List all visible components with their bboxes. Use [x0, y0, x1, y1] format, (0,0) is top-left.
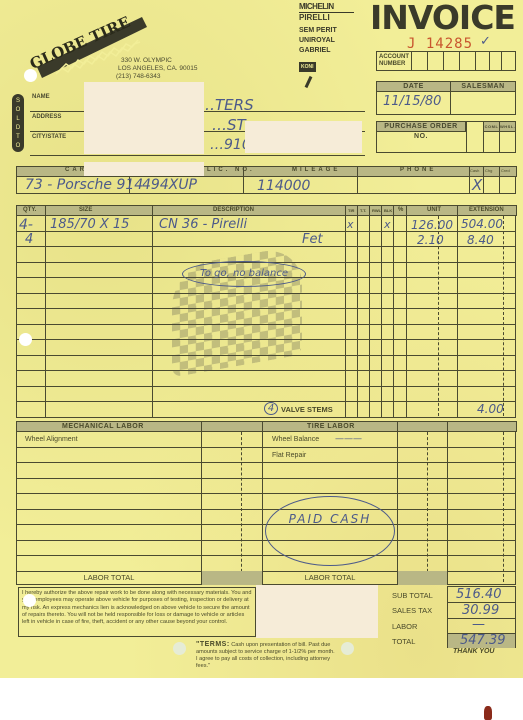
totals-box: 516.40 30.99 — 547.39: [447, 586, 516, 648]
wheel-balance-item: Wheel Balance: [272, 436, 319, 443]
row1-tir[interactable]: x: [347, 218, 354, 231]
rwl-header: RWL: [372, 208, 381, 213]
row2-unit[interactable]: 2.10: [417, 233, 444, 247]
unit-header: UNIT: [427, 207, 441, 213]
sales-tax-label: SALES TAX: [392, 606, 432, 615]
tire-labor-total-box[interactable]: [398, 571, 447, 585]
address-value[interactable]: …ST: [212, 116, 246, 134]
punch-hole: [23, 594, 36, 607]
sold-to-label: SOLD TO: [15, 97, 21, 151]
address-line-2: LOS ANGELES, CA. 90015: [118, 65, 198, 73]
subtotal-value[interactable]: 516.40: [456, 587, 502, 602]
cash-check-mark[interactable]: X: [472, 176, 482, 194]
redacted-block: [245, 121, 362, 153]
terms-title: "TERMS:: [196, 641, 230, 648]
row2-description[interactable]: Fet: [302, 232, 323, 247]
tire-labor-total-label: LABOR TOTAL: [263, 571, 397, 585]
items-table: QTY. SIZE DESCRIPTION TIR T.T. RWL BLK %…: [16, 205, 516, 418]
name-label: NAME: [32, 94, 50, 100]
mileage-value[interactable]: 114000: [257, 178, 310, 194]
date-value[interactable]: 11/15/80: [383, 94, 441, 109]
row1-qty[interactable]: 4-: [19, 217, 33, 233]
mechanical-labor-total-box[interactable]: [202, 571, 262, 585]
po-label: PURCHASE ORDER NO.: [376, 121, 466, 132]
redacted-block: [84, 162, 204, 176]
account-number-box[interactable]: ACCOUNT NUMBER: [376, 51, 516, 71]
authorization-text: I hereby authorize the above repair work…: [18, 587, 256, 637]
account-number-label: ACCOUNT NUMBER: [379, 54, 409, 68]
brand-koni: KONI: [299, 62, 316, 72]
extension-header: EXTENSION: [469, 207, 504, 213]
description-header: DESCRIPTION: [213, 207, 254, 213]
credit-flag-label: Cred: [501, 168, 510, 173]
wheel-balance-dash: ———: [335, 434, 362, 444]
checkmark-icon: ✓: [480, 34, 491, 49]
tir-header: TIR: [348, 208, 354, 213]
invoice-paper: GLOBE TIRE 330 W. OLYMPIC LOS ANGELES, C…: [0, 0, 523, 678]
punch-hole: [341, 642, 354, 655]
valve-stems-label: VALVE STEMS: [281, 405, 333, 414]
wheel-alignment-item: Wheel Alignment: [25, 436, 78, 443]
date-salesman-box: DATE SALESMAN 11/15/80: [376, 81, 516, 115]
row1-extension[interactable]: 504.00: [461, 217, 503, 231]
shock-absorber-icon: [305, 76, 313, 88]
name-value[interactable]: …TERS: [200, 96, 254, 114]
paid-cash-stamp: PAID CASH: [265, 496, 395, 566]
punch-hole: [19, 333, 32, 346]
subtotal-label: SUB TOTAL: [392, 591, 433, 600]
handwritten-note: To go, no balance: [182, 261, 306, 287]
row2-extension[interactable]: 8.40: [467, 233, 494, 247]
labor-value[interactable]: —: [472, 617, 485, 632]
punch-hole: [173, 642, 186, 655]
brand-pirelli: PIRELLI: [299, 12, 354, 23]
redacted-block: [84, 82, 204, 154]
labor-label: LABOR: [392, 622, 417, 631]
total-value[interactable]: 547.39: [460, 633, 506, 648]
ink-mark: [484, 706, 492, 720]
license-label: LIC. NO.: [207, 167, 255, 173]
brand-list: MICHELIN PIRELLI SEM PERIT UNIROYAL GABR…: [299, 2, 354, 72]
coml-label: COML: [483, 121, 500, 132]
cash-flag-label: Cash: [470, 168, 479, 173]
thank-you-text: THANK YOU: [453, 648, 494, 655]
brand-michelin: MICHELIN: [299, 2, 354, 12]
brand-semperit: SEM PERIT: [299, 26, 354, 36]
invoice-title: INVOICE: [370, 0, 515, 37]
valve-stems-amount[interactable]: 4.00: [477, 402, 504, 416]
brand-uniroyal: UNIROYAL: [299, 36, 354, 46]
redacted-block: [256, 585, 378, 638]
punch-hole: [24, 69, 37, 82]
charge-flag-label: Chg: [485, 168, 492, 173]
labor-section: MECHANICAL LABOR TIRE LABOR Wheel Alignm…: [16, 421, 516, 585]
row1-description[interactable]: CN 36 - Pirelli: [159, 217, 247, 232]
tt-header: T.T.: [360, 208, 366, 213]
sold-to-tab: SOLD TO: [12, 94, 24, 152]
mechanical-labor-header: MECHANICAL LABOR: [62, 423, 144, 430]
brand-gabriel: GABRIEL: [299, 46, 354, 56]
tire-labor-header: TIRE LABOR: [307, 423, 355, 430]
mechanical-labor-total-label: LABOR TOTAL: [17, 571, 201, 585]
row1-blk[interactable]: x: [384, 218, 391, 231]
row1-unit[interactable]: 126.00: [411, 218, 453, 232]
city-state-label: CITY/STATE: [32, 134, 66, 140]
phone-label: PHONE: [400, 167, 436, 173]
size-header: SIZE: [79, 207, 92, 213]
terms-block: "TERMS: Cash upon presentation of bill. …: [196, 641, 336, 670]
blk-header: BLK: [384, 208, 392, 213]
date-label: DATE: [376, 81, 451, 92]
invoice-number: J 14285: [407, 36, 473, 52]
flat-repair-item: Flat Repair: [272, 452, 306, 459]
sales-tax-value[interactable]: 30.99: [462, 603, 499, 618]
car-value[interactable]: 73 - Porsche 914: [25, 177, 143, 193]
license-value[interactable]: 494XUP: [142, 177, 197, 193]
address-line-1: 330 W. OLYMPIC: [118, 57, 198, 65]
row2-qty[interactable]: 4: [25, 232, 33, 247]
address-label: ADDRESS: [32, 114, 61, 120]
purchase-order-box: PURCHASE ORDER NO. COML WHSL.: [376, 121, 516, 153]
total-label: TOTAL: [392, 637, 415, 646]
company-address: 330 W. OLYMPIC LOS ANGELES, CA. 90015 (2…: [118, 57, 198, 81]
company-phone: (213) 748-6343: [116, 73, 198, 81]
qty-header: QTY.: [23, 207, 36, 213]
whsl-label: WHSL.: [499, 121, 516, 132]
valve-stems-qty[interactable]: 4: [264, 402, 278, 415]
percent-header: %: [398, 207, 403, 213]
mileage-label: MILEAGE: [292, 167, 340, 173]
row1-size[interactable]: 185/70 X 15: [50, 217, 129, 232]
salesman-label: SALESMAN: [450, 81, 516, 92]
